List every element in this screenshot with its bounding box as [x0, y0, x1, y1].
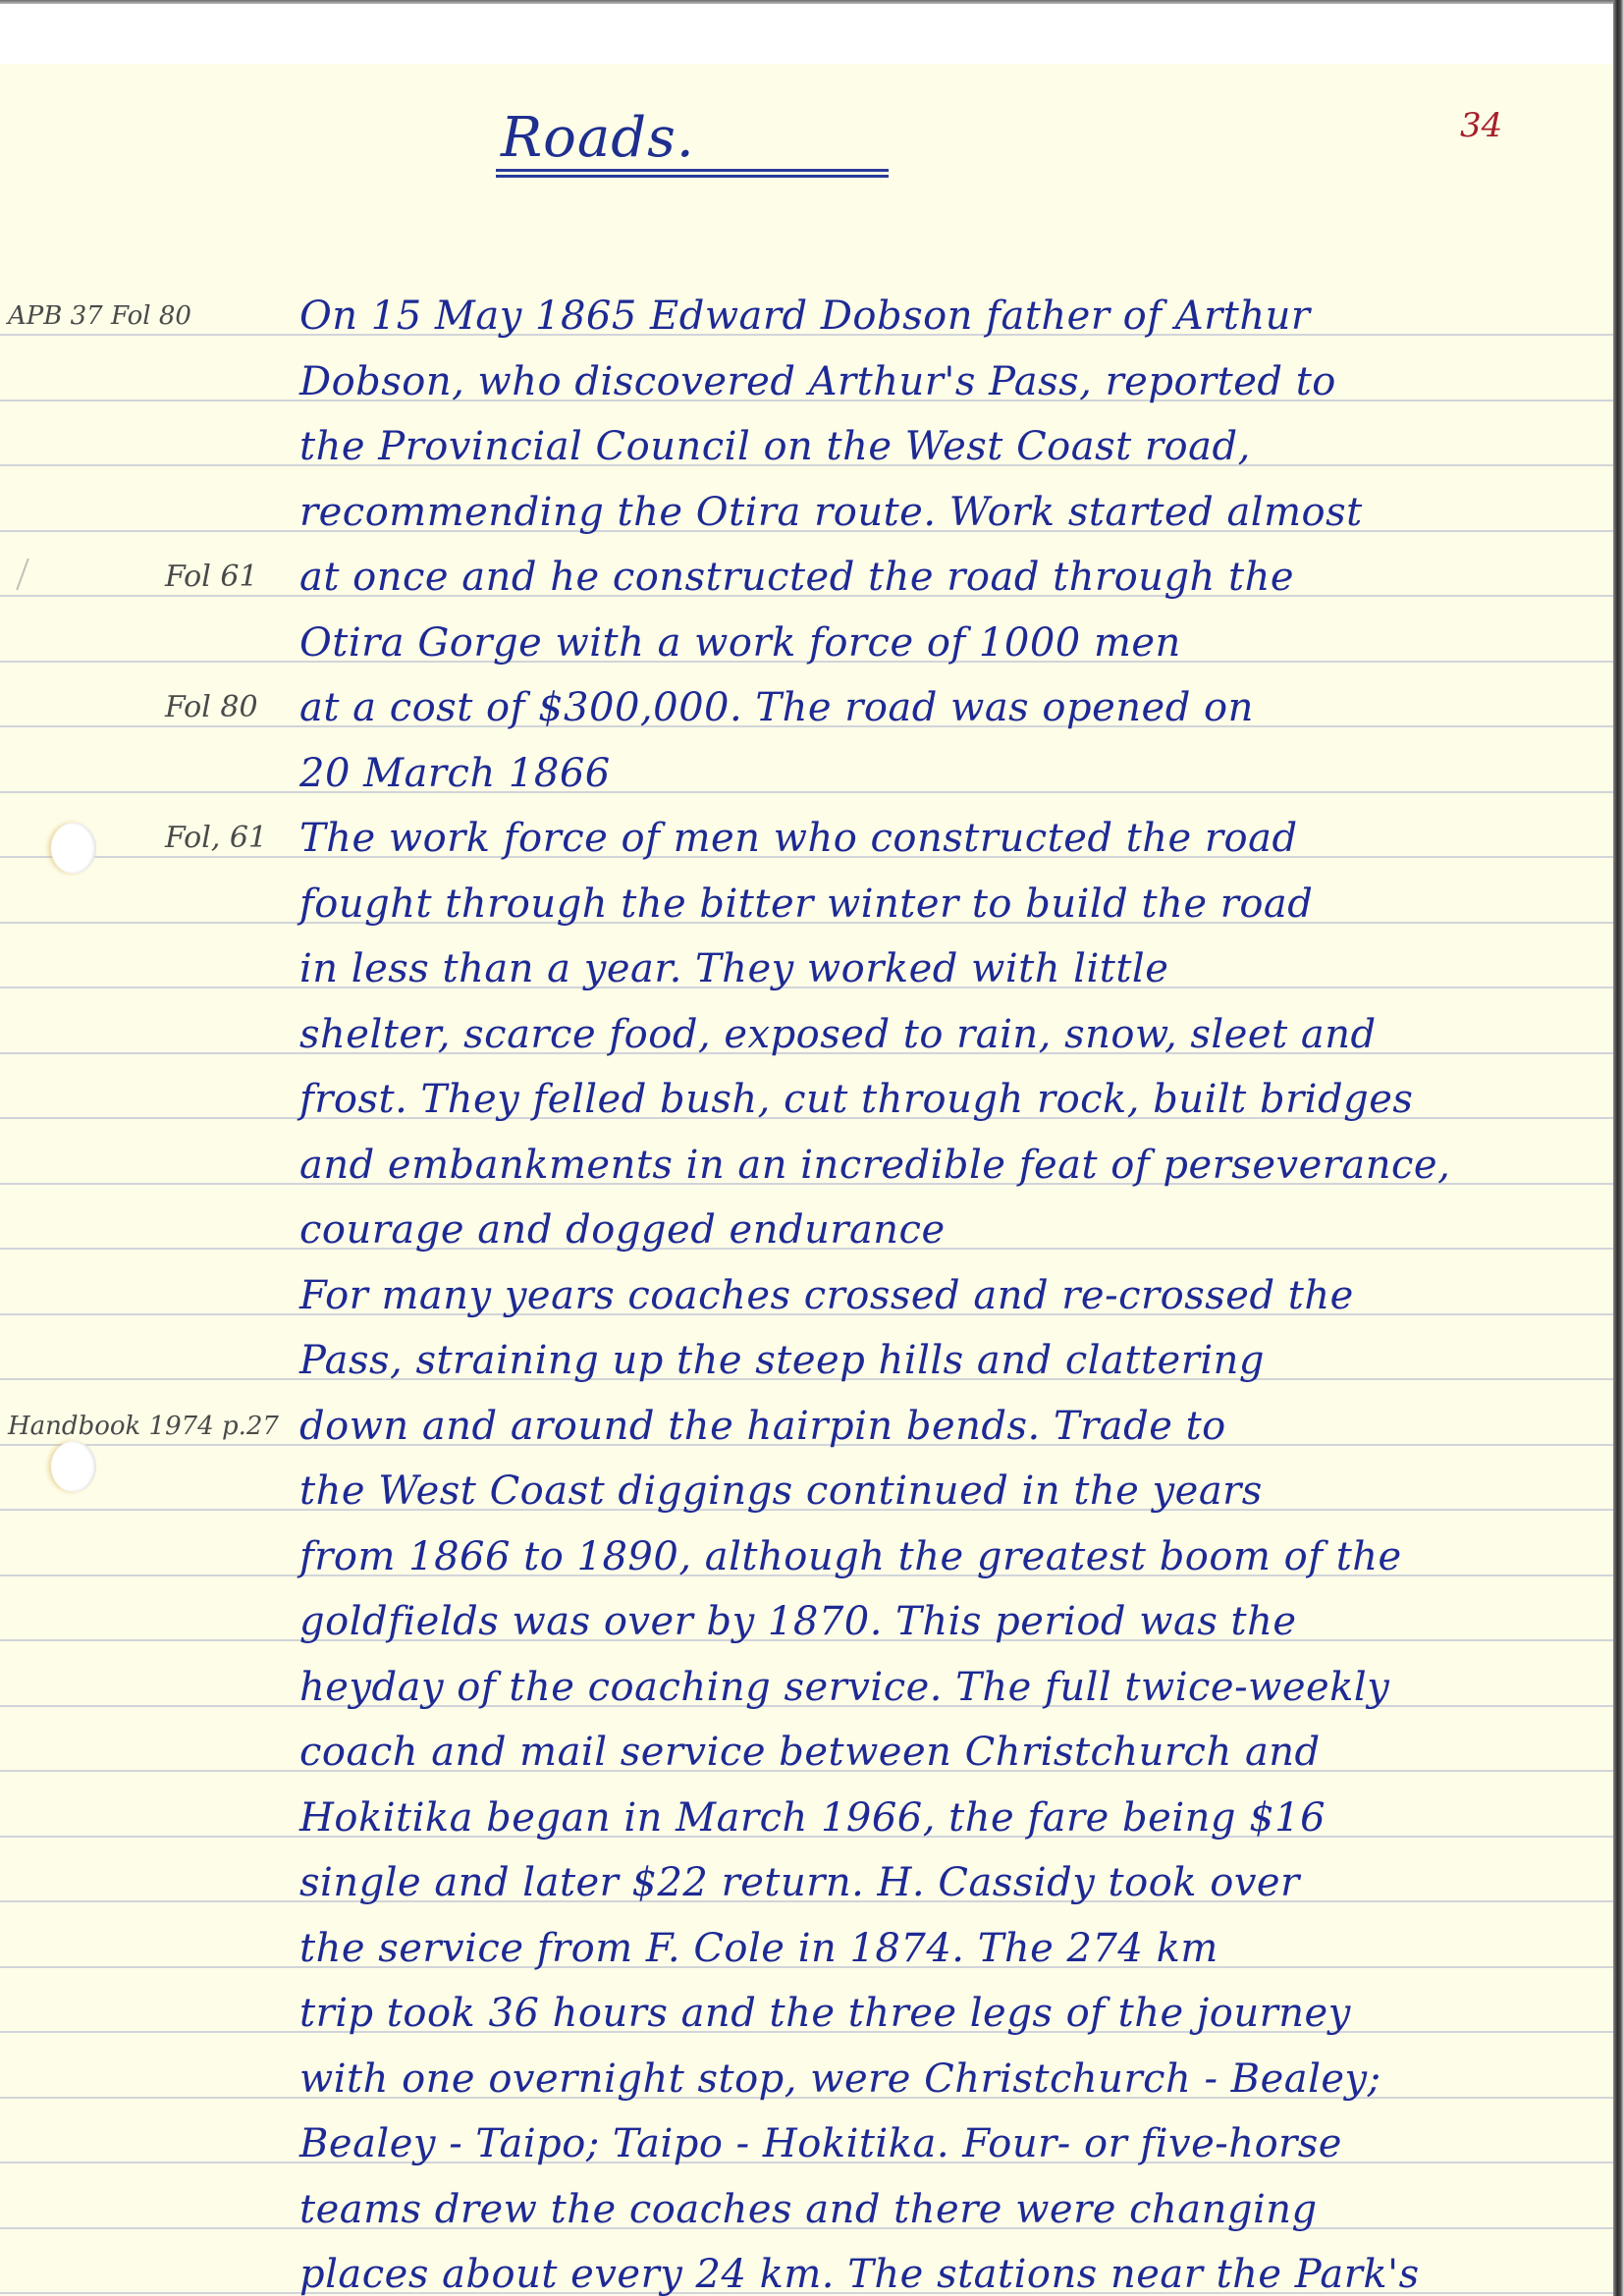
text-line: down and around the hairpin bends. Trade…: [299, 1403, 1605, 1450]
text-line: frost. They felled bush, cut through roc…: [299, 1076, 1605, 1123]
page-number: 34: [1460, 106, 1502, 145]
margin-note: Fol 61: [165, 560, 258, 595]
text-line: places about every 24 km. The stations n…: [299, 2251, 1605, 2296]
text-line: coach and mail service between Christchu…: [299, 1729, 1605, 1776]
text-line: in less than a year. They worked with li…: [299, 945, 1605, 992]
text-line: Dobson, who discovered Arthur's Pass, re…: [299, 358, 1605, 405]
text-line: courage and dogged endurance: [299, 1206, 1605, 1254]
title-underline: [496, 169, 889, 172]
page-edge-shadow: [1613, 0, 1624, 2296]
text-line: heyday of the coaching service. The full…: [299, 1664, 1605, 1711]
margin-note: Fol, 61: [165, 821, 267, 856]
text-line: For many years coaches crossed and re-cr…: [299, 1272, 1605, 1319]
scan-margin: [0, 4, 1615, 64]
text-line: Bealey - Taipo; Taipo - Hokitika. Four- …: [299, 2120, 1605, 2167]
text-line: trip took 36 hours and the three legs of…: [299, 1990, 1605, 2037]
text-line: Hokitika began in March 1966, the fare b…: [299, 1794, 1605, 1842]
text-line: at once and he constructed the road thro…: [299, 554, 1605, 601]
text-line: the Provincial Council on the West Coast…: [299, 423, 1605, 470]
text-line: The work force of men who constructed th…: [299, 815, 1605, 862]
text-line: teams drew the coaches and there were ch…: [299, 2186, 1605, 2233]
text-line: single and later $22 return. H. Cassidy …: [299, 1859, 1605, 1906]
text-line: the West Coast diggings continued in the…: [299, 1468, 1605, 1515]
text-line: Otira Gorge with a work force of 1000 me…: [299, 619, 1605, 667]
text-line: Pass, straining up the steep hills and c…: [299, 1337, 1605, 1384]
margin-note: Handbook 1974 p.27: [8, 1409, 279, 1444]
text-line: and embankments in an incredible feat of…: [299, 1142, 1605, 1189]
text-line: from 1866 to 1890, although the greatest…: [299, 1533, 1605, 1580]
margin-note: Fol 80: [165, 690, 258, 725]
punch-hole-icon: [51, 823, 96, 874]
text-line: with one overnight stop, were Christchur…: [299, 2056, 1605, 2103]
margin-note: APB 37 Fol 80: [8, 298, 191, 334]
text-line: shelter, scarce food, exposed to rain, s…: [299, 1011, 1605, 1058]
text-line: the service from F. Cole in 1874. The 27…: [299, 1925, 1605, 1972]
text-line: fought through the bitter winter to buil…: [299, 881, 1605, 928]
text-line: 20 March 1866: [299, 750, 1605, 797]
text-line: recommending the Otira route. Work start…: [299, 489, 1605, 536]
punch-hole-icon: [51, 1441, 96, 1492]
page-title: Roads.: [501, 106, 695, 170]
text-line: at a cost of $300,000. The road was open…: [299, 684, 1605, 731]
text-line: goldfields was over by 1870. This period…: [299, 1598, 1605, 1645]
title-underline: [496, 175, 889, 178]
text-line: On 15 May 1865 Edward Dobson father of A…: [299, 293, 1605, 340]
